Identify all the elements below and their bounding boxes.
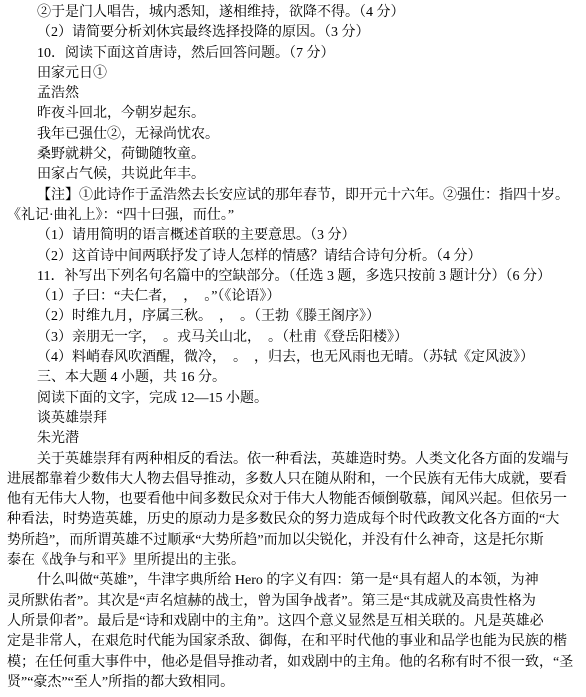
text-line: （2）时维九月，序属三秋。 ， 。（王勃《滕王阁序》） [7, 307, 582, 327]
text-line: 贤”“豪杰”“至人”所指的都大致相同。 [7, 673, 582, 693]
text-line: （4）料峭春风吹酒醒，微冷， 。 ，归去，也无风雨也无晴。（苏轼《定风波》） [7, 348, 582, 368]
exam-document-page: ②于是门人唱告，城内悉知，遂相维持，欲降不得。（4 分）（2）请简要分析刘休宾最… [0, 0, 586, 697]
text-line: 阅读下面的文字，完成 12—15 小题。 [7, 389, 582, 409]
text-line: 孟浩然 [7, 84, 582, 104]
text-line: 种看法，时势造英雄，历史的原动力是多数民众的努力造成每个时代政教文化各方面的“大 [7, 510, 582, 530]
text-line: 我年已强仕②，无禄尚忧农。 [7, 125, 582, 145]
text-line: 桑野就耕父，荷锄随牧童。 [7, 145, 582, 165]
text-line: 定是非常人，在艰危时代能为国家杀敌、御侮，在和平时代他的事业和品学也能为民族的楷 [7, 632, 582, 652]
text-line: （1）请用简明的语言概述首联的主要意思。（3 分） [7, 226, 582, 246]
text-line: （1）子曰：“夫仁者， ， 。”（《论语》） [7, 287, 582, 307]
text-line: ②于是门人唱告，城内悉知，遂相维持，欲降不得。（4 分） [7, 3, 582, 23]
text-line: 昨夜斗回北，今朝岁起东。 [7, 104, 582, 124]
text-line: 谈英雄崇拜 [7, 409, 582, 429]
text-line: 朱光潜 [7, 429, 582, 449]
text-line: 关于英雄崇拜有两种相反的看法。依一种看法，英雄造时势。人类文化各方面的发端与 [7, 450, 582, 470]
text-line: 田家元日① [7, 64, 582, 84]
text-line: 《礼记·曲礼上》：“四十曰强，而仕。” [7, 206, 582, 226]
text-line: 灵所默佑者”。其次是“声名煊赫的战士，曾为国争战者”。第三是“其成就及高贵性格为 [7, 592, 582, 612]
text-line: （2）这首诗中间两联抒发了诗人怎样的情感？请结合诗句分析。（4 分） [7, 247, 582, 267]
text-line: 进展都靠着少数伟大人物去倡导推动，多数人只在随从附和，一个民族有无伟大成就，要看 [7, 470, 582, 490]
text-line: （2）请简要分析刘休宾最终选择投降的原因。（3 分） [7, 23, 582, 43]
text-line: 人所景仰者”。最后是“诗和戏剧中的主角”。这四个意义显然是互相关联的。凡是英雄必 [7, 612, 582, 632]
text-line: 10．阅读下面这首唐诗，然后回答问题。（7 分） [7, 44, 582, 64]
text-line: 11．补写出下列名句名篇中的空缺部分。（任选 3 题，多选只按前 3 题计分）（… [7, 267, 582, 287]
text-line: （3）亲朋无一字， 。戎马关山北， 。（杜甫《登岳阳楼》） [7, 328, 582, 348]
text-line: 泰在《战争与和平》里所提出的主张。 [7, 551, 582, 571]
text-line: 三、本大题 4 小题，共 16 分。 [7, 368, 582, 388]
text-line: 势所趋”，而所谓英雄不过顺承“大势所趋”而加以尖锐化，并没有什么神奇，这是托尔斯 [7, 531, 582, 551]
text-line: 【注】①此诗作于孟浩然去长安应试的那年春节，即开元十六年。②强仕：指四十岁。 [7, 186, 582, 206]
text-line: 模；在任何重大事件中，他必是倡导推动者，如戏剧中的主角。他的名称有时不很一致，“… [7, 653, 582, 673]
text-line: 什么叫做“英雄”，牛津字典所给 Hero 的字义有四：第一是“具有超人的本领，为… [7, 571, 582, 591]
text-line: 田家占气候，共说此年丰。 [7, 165, 582, 185]
text-line: 他有无伟大人物，也要看他中间多数民众对于伟大人物能否倾倒敬慕，闻风兴起。但依另一 [7, 490, 582, 510]
